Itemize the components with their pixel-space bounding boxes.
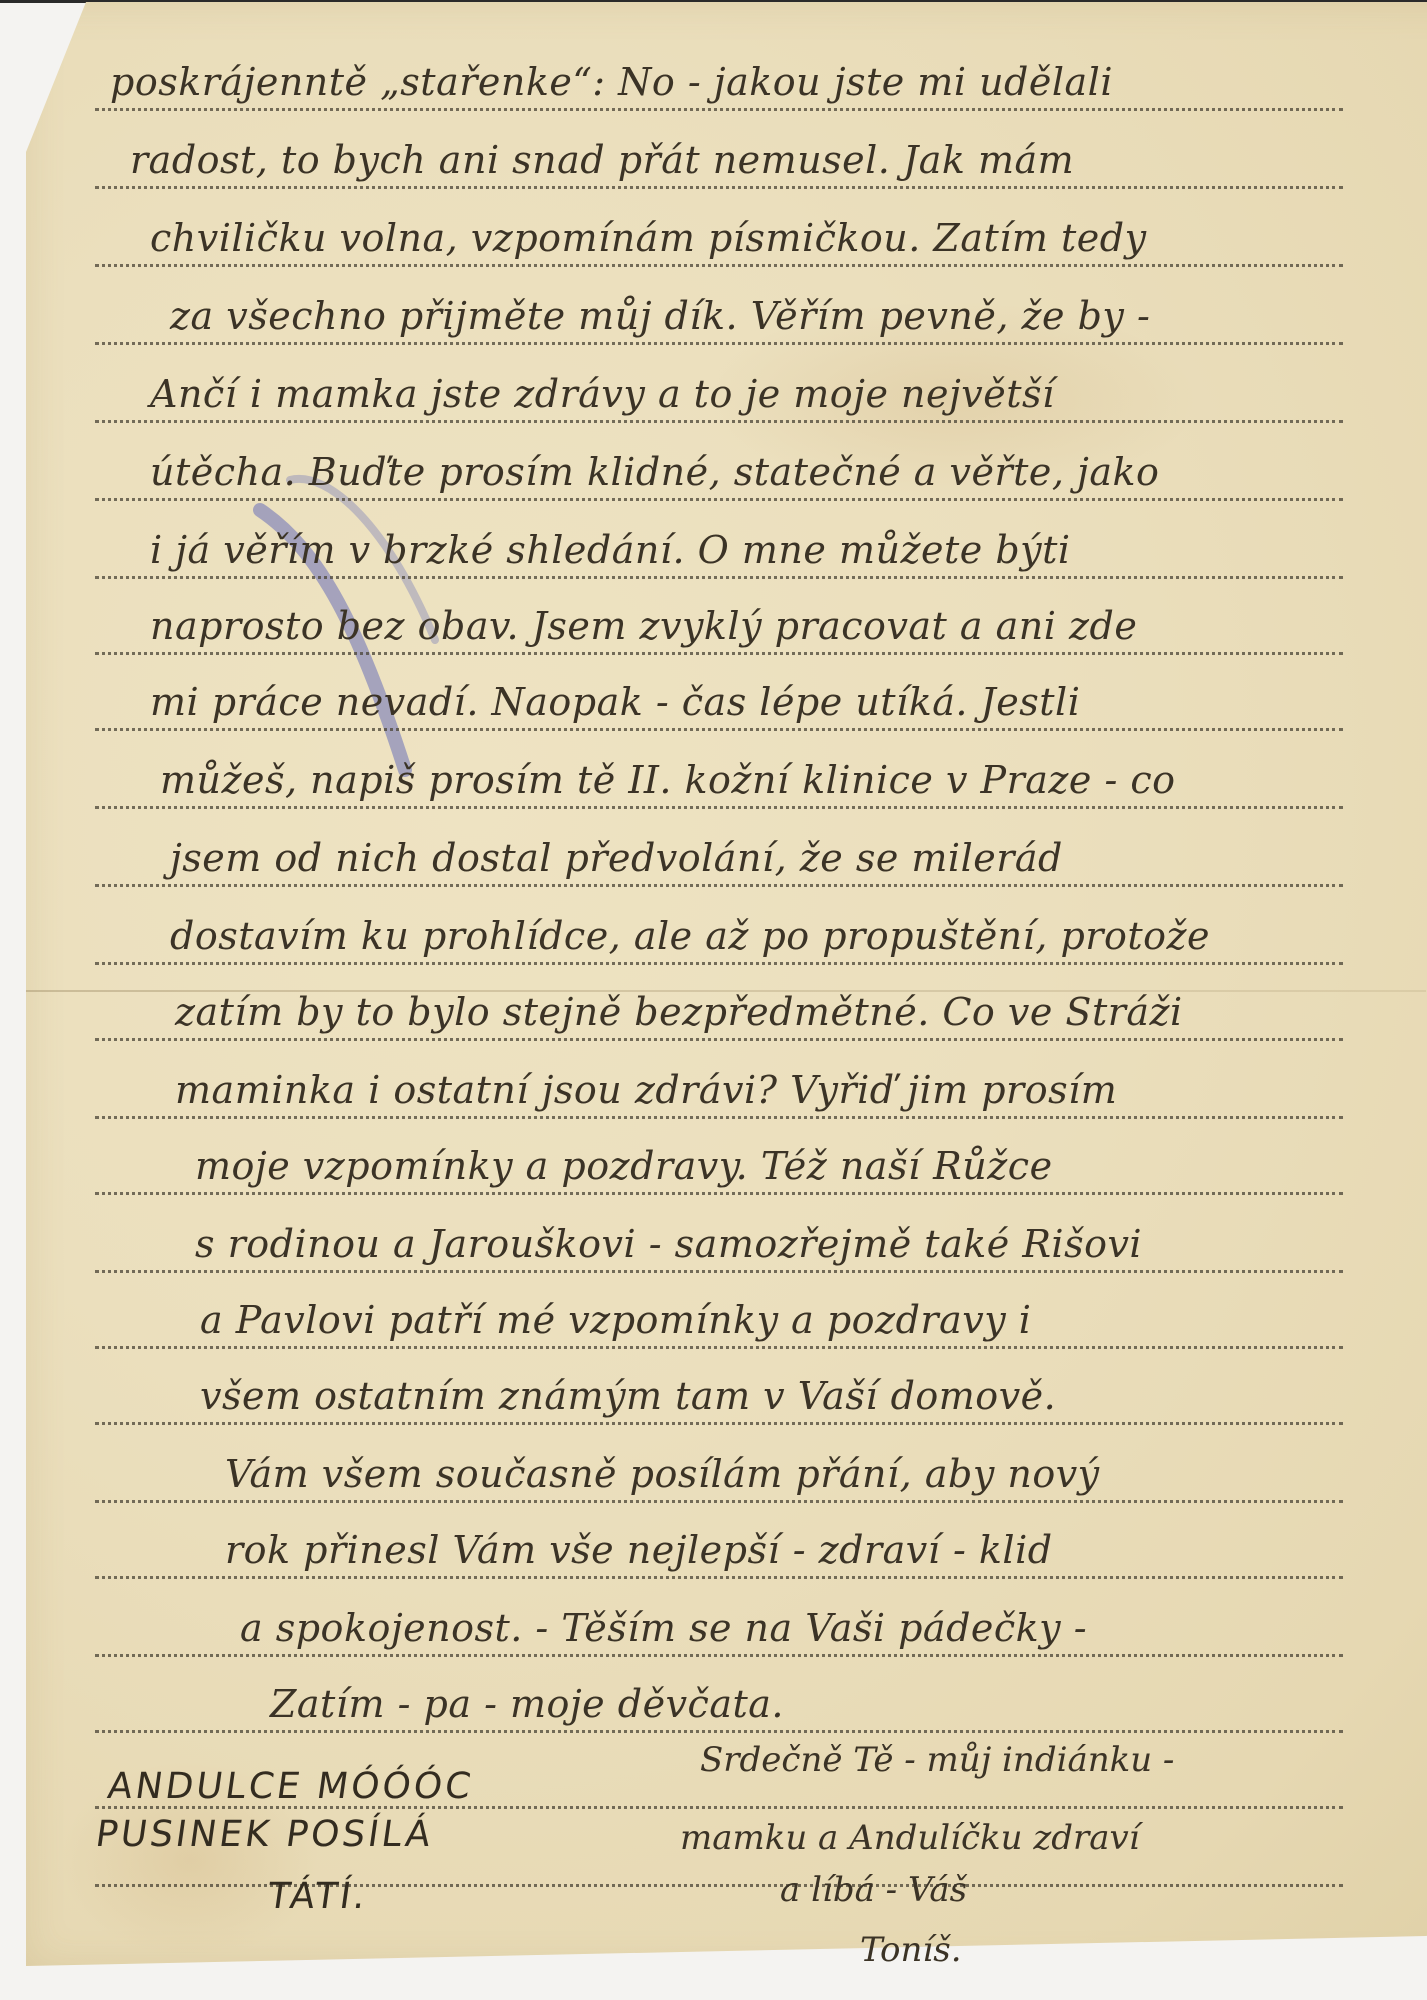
ruled-line — [95, 1500, 1343, 1503]
letter-line: jsem od nich dostal předvolání, že se mi… — [0, 836, 1427, 880]
ruled-line — [95, 108, 1343, 111]
letter-line: chviličku volna, vzpomínám písmičkou. Za… — [0, 216, 1427, 260]
letter-line: za všechno přijměte můj dík. Věřím pevně… — [0, 294, 1427, 338]
signature: Toníš. — [860, 1930, 962, 1970]
closing-line: mamku a Andulíčku zdraví — [680, 1818, 1140, 1858]
ruled-line — [95, 1192, 1343, 1195]
letter-line: všem ostatním známým tam v Vaší domově. — [0, 1374, 1427, 1418]
ruled-line — [95, 962, 1343, 965]
closing-line: a líbá - Váš — [780, 1870, 967, 1910]
letter-line: dostavím ku prohlídce, ale až po propušt… — [0, 914, 1427, 958]
ruled-line — [95, 1346, 1343, 1349]
ruled-line — [95, 1038, 1343, 1041]
ruled-line — [95, 1730, 1343, 1733]
ruled-line — [95, 342, 1343, 345]
ruled-line — [95, 1422, 1343, 1425]
letter-line: i já věřím v brzké shledání. O mne můžet… — [0, 528, 1427, 572]
letter-line: Zatím - pa - moje děvčata. — [0, 1682, 1427, 1726]
ruled-line — [95, 1270, 1343, 1273]
ruled-line — [95, 728, 1343, 731]
letter-line: a spokojenost. - Těším se na Vaši pádečk… — [0, 1606, 1427, 1650]
ruled-line — [95, 420, 1343, 423]
closing-line: Srdečně Tě - můj indiánku - — [700, 1740, 1174, 1780]
letter-line: rok přinesl Vám vše nejlepší - zdraví - … — [0, 1528, 1427, 1572]
letter-line: útěcha. Buďte prosím klidné, statečné a … — [0, 450, 1427, 494]
ruled-line — [95, 498, 1343, 501]
letter-line: poskrájenntě „stařenke“: No - jakou jste… — [0, 60, 1427, 104]
postscript-line: ANDULCE MÓÓÓC — [105, 1766, 476, 1807]
letter-line: radost, to bych ani snad přát nemusel. J… — [0, 138, 1427, 182]
ruled-line — [95, 652, 1343, 655]
ruled-line — [95, 806, 1343, 809]
ruled-line — [95, 1116, 1343, 1119]
letter-line: maminka i ostatní jsou zdrávi? Vyřiď jim… — [0, 1068, 1427, 1112]
letter-line: zatím by to bylo stejně bezpředmětné. Co… — [0, 990, 1427, 1034]
ruled-line — [95, 884, 1343, 887]
postscript-signature: TÁTÍ. — [265, 1876, 371, 1917]
letter-line: Vám všem současně posílám přání, aby nov… — [0, 1452, 1427, 1496]
letter-line: s rodinou a Jarouškovi - samozřejmě také… — [0, 1222, 1427, 1266]
ruled-line — [95, 264, 1343, 267]
letter-line: naprosto bez obav. Jsem zvyklý pracovat … — [0, 604, 1427, 648]
ruled-line — [95, 1576, 1343, 1579]
letter-line: Ančí i mamka jste zdrávy a to je moje ne… — [0, 372, 1427, 416]
ruled-line — [95, 576, 1343, 579]
postscript-line: PUSINEK POSÍLÁ — [93, 1814, 436, 1855]
letter-line: moje vzpomínky a pozdravy. Též naší Růžc… — [0, 1144, 1427, 1188]
letter-line: mi práce nevadí. Naopak - čas lépe utíká… — [0, 680, 1427, 724]
ruled-line — [95, 186, 1343, 189]
letter-line: a Pavlovi patří mé vzpomínky a pozdravy … — [0, 1298, 1427, 1342]
ruled-line — [95, 1654, 1343, 1657]
letter-line: můžeš, napiš prosím tě II. kožní klinice… — [0, 758, 1427, 802]
